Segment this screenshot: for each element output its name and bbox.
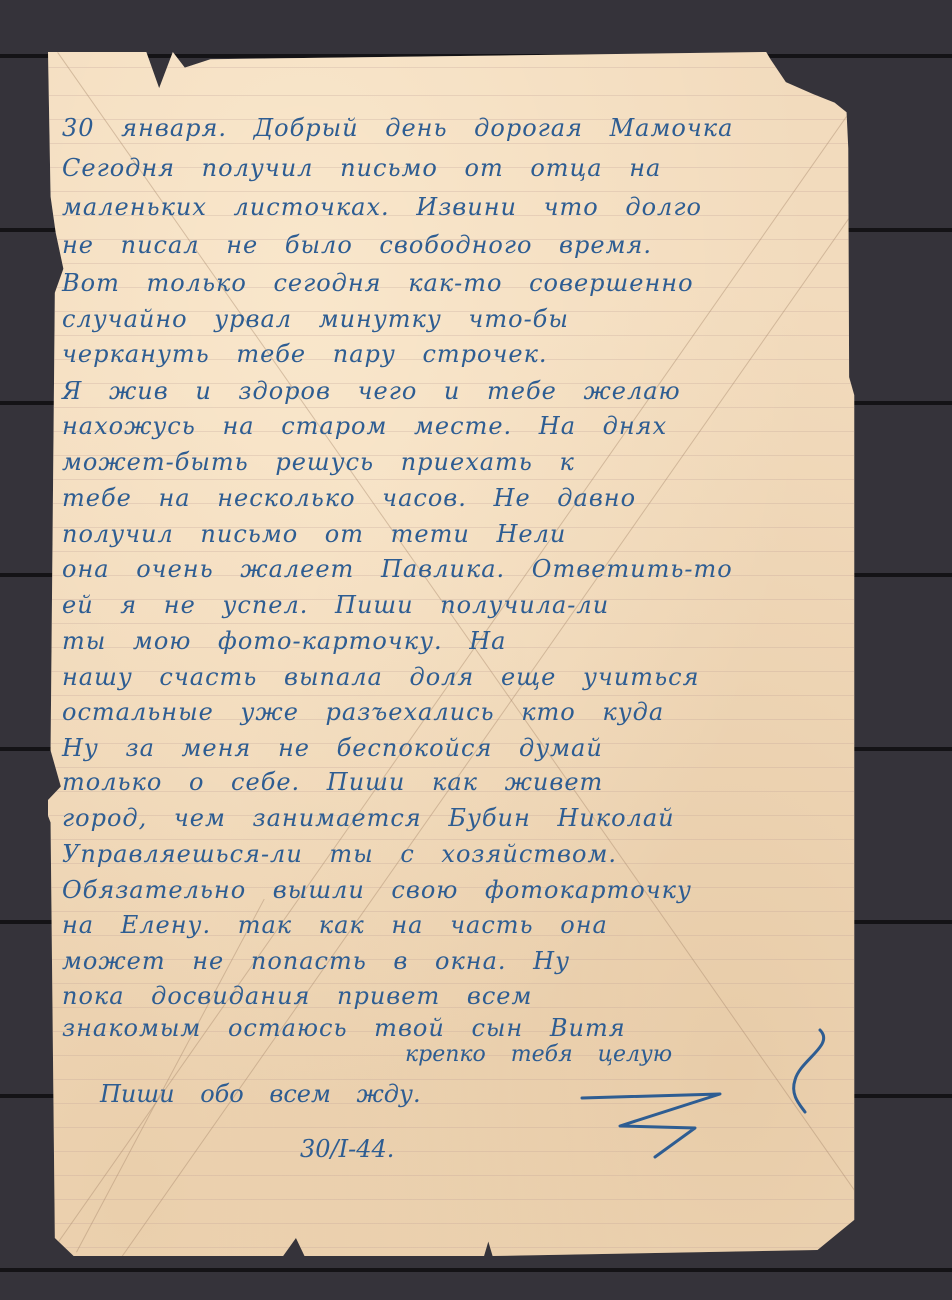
signature-flourish <box>0 0 952 1300</box>
